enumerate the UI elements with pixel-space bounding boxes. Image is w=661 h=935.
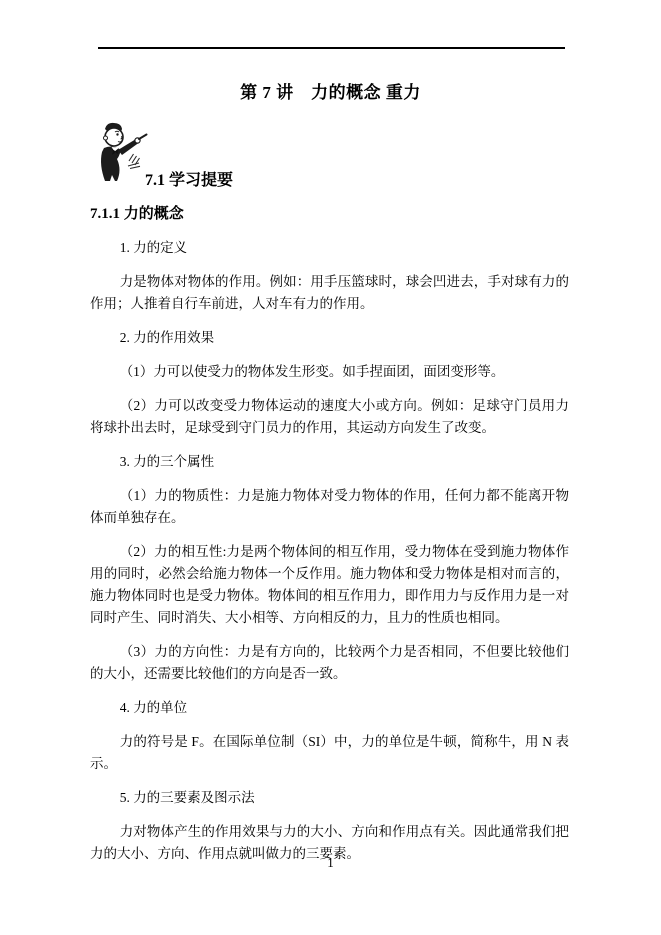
body-paragraph: 力的符号是 F。在国际单位制（SI）中，力的单位是牛顿，简称牛，用 N 表示。: [90, 731, 569, 775]
body-item-4: 4. 力的单位: [90, 697, 569, 719]
subsection-heading: 7.1.1 力的概念: [90, 204, 569, 225]
pointing-man-icon: [92, 121, 150, 189]
page-title: 第 7 讲 力的概念 重力: [0, 82, 661, 104]
body-paragraph: （1）力可以使受力的物体发生形变。如手捏面团，面团变形等。: [90, 361, 569, 383]
body-paragraph: （1）力的物质性：力是施力物体对受力物体的作用，任何力都不能离开物体而单独存在。: [90, 485, 569, 529]
document-page: 第 7 讲 力的概念 重力: [0, 0, 661, 935]
page-number: 1: [0, 854, 661, 872]
body-paragraph: （3）力的方向性：力是有方向的，比较两个力是否相同，不但要比较他们的大小，还需要…: [90, 641, 569, 685]
body-item-2: 2. 力的作用效果: [90, 327, 569, 349]
content-area: 7.1.1 力的概念 1. 力的定义 力是物体对物体的作用。例如：用手压篮球时，…: [90, 204, 569, 877]
body-paragraph: （2）力可以改变受力物体运动的速度大小或方向。例如：足球守门员用力将球扑出去时，…: [90, 395, 569, 439]
body-item-1: 1. 力的定义: [90, 237, 569, 259]
body-paragraph: （2）力的相互性:力是两个物体间的相互作用，受力物体在受到施力物体作用的同时，必…: [90, 541, 569, 629]
body-paragraph: 力是物体对物体的作用。例如：用手压篮球时，球会凹进去，手对球有力的作用；人推着自…: [90, 271, 569, 315]
header-rule: [98, 47, 565, 49]
body-item-5: 5. 力的三要素及图示法: [90, 787, 569, 809]
body-item-3: 3. 力的三个属性: [90, 451, 569, 473]
section-heading: 7.1 学习提要: [145, 171, 233, 191]
